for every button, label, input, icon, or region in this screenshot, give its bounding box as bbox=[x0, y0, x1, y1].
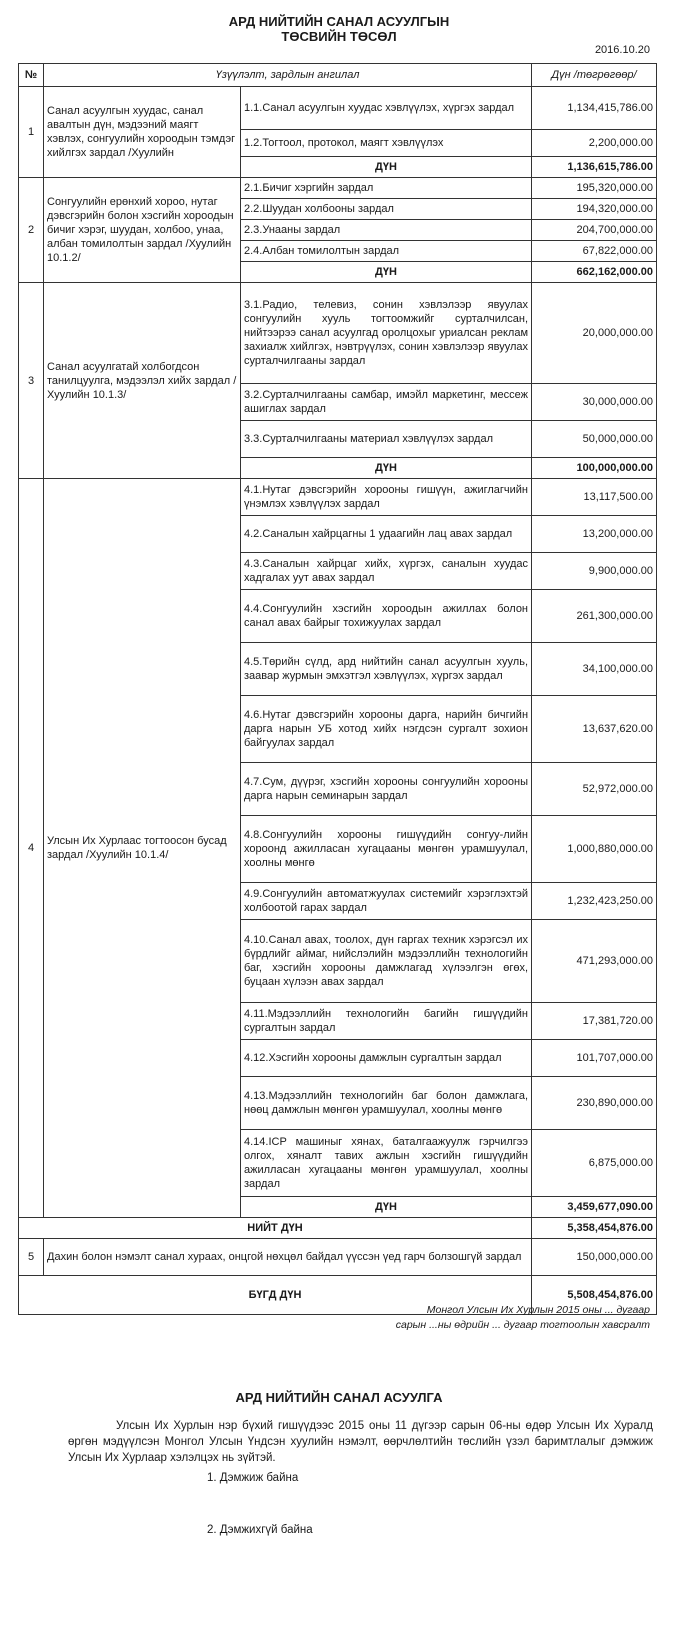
ballot-option-oppose: 2. Дэмжихгүй байна bbox=[207, 1524, 313, 1536]
line-item-amount: 17,381,720.00 bbox=[532, 1003, 657, 1040]
line-item-amount: 195,320,000.00 bbox=[532, 178, 657, 199]
line-item-label: 3.2.Сурталчилгааны самбар, имэйл маркети… bbox=[241, 384, 532, 421]
line-item-label: 4.6.Нутаг дэвсгэрийн хорооны дарга, нари… bbox=[241, 696, 532, 763]
table-row: 2Сонгуулийн ерөнхий хороо, нутаг дэвсгэр… bbox=[19, 178, 657, 199]
table-row: 3Санал асуулгатай холбогдсон танилцуулга… bbox=[19, 283, 657, 384]
section-description: Санал асуулгын хуудас, санал авалтын дүн… bbox=[44, 87, 241, 178]
line-item-label: 1.1.Санал асуулгын хуудас хэвлүүлэх, хүр… bbox=[241, 87, 532, 130]
line-item-amount: 50,000,000.00 bbox=[532, 421, 657, 458]
line-item-amount: 1,000,880,000.00 bbox=[532, 816, 657, 883]
document-title-line2: ТӨСВИЙН ТӨСӨЛ bbox=[0, 29, 678, 45]
subtotal-amount: 3,459,677,090.00 bbox=[532, 1197, 657, 1218]
line-item-label: 4.12.Хэсгийн хорооны дамжлын сургалтын з… bbox=[241, 1040, 532, 1077]
line-item-amount: 30,000,000.00 bbox=[532, 384, 657, 421]
header-item: Үзүүлэлт, зардлын ангилал bbox=[44, 64, 532, 87]
section-description: Улсын Их Хурлаас тогтоосон бусад зардал … bbox=[44, 479, 241, 1218]
table-row: 4Улсын Их Хурлаас тогтоосон бусад зардал… bbox=[19, 479, 657, 516]
extra-item-label: Дахин болон нэмэлт санал хураах, онцгой … bbox=[44, 1239, 532, 1276]
subtotal-amount: 662,162,000.00 bbox=[532, 262, 657, 283]
header-amount: Дүн /төгрөгөөр/ bbox=[532, 64, 657, 87]
ballot-question: Улсын Их Хурлын нэр бүхий гишүүдээс 2015… bbox=[68, 1418, 653, 1466]
line-item-amount: 13,637,620.00 bbox=[532, 696, 657, 763]
table-row: 5Дахин болон нэмэлт санал хураах, онцгой… bbox=[19, 1239, 657, 1276]
line-item-label: 2.2.Шуудан холбооны зардал bbox=[241, 199, 532, 220]
budget-table: № Үзүүлэлт, зардлын ангилал Дүн /төгрөгө… bbox=[18, 63, 657, 1315]
table-header-row: № Үзүүлэлт, зардлын ангилал Дүн /төгрөгө… bbox=[19, 64, 657, 87]
ballot-option-support: 1. Дэмжиж байна bbox=[207, 1472, 298, 1484]
table-body: 1Санал асуулгын хуудас, санал авалтын дү… bbox=[19, 87, 657, 1315]
line-item-amount: 34,100,000.00 bbox=[532, 643, 657, 696]
line-item-label: 4.8.Сонгуулийн хорооны гишүүдийн сонгуу-… bbox=[241, 816, 532, 883]
annex-note: Монгол Улсын Их Хурлын 2015 оны ... дуга… bbox=[396, 1303, 650, 1333]
line-item-label: 2.3.Унааны зардал bbox=[241, 220, 532, 241]
annex-note-line2: сарын ...ны өдрийн ... дугаар тогтоолын … bbox=[396, 1318, 650, 1333]
line-item-label: 4.3.Саналын хайрцаг хийх, хүргэх, саналы… bbox=[241, 553, 532, 590]
line-item-label: 4.14.ICP машиныг хянах, баталгаажуулж гэ… bbox=[241, 1130, 532, 1197]
ballot-title: АРД НИЙТИЙН САНАЛ АСУУЛГА bbox=[0, 1390, 678, 1405]
line-item-amount: 9,900,000.00 bbox=[532, 553, 657, 590]
line-item-label: 4.13.Мэдээллийн технологийн баг болон да… bbox=[241, 1077, 532, 1130]
line-item-label: 2.1.Бичиг хэргийн зардал bbox=[241, 178, 532, 199]
line-item-amount: 1,134,415,786.00 bbox=[532, 87, 657, 130]
line-item-amount: 230,890,000.00 bbox=[532, 1077, 657, 1130]
line-item-amount: 6,875,000.00 bbox=[532, 1130, 657, 1197]
header-no: № bbox=[19, 64, 44, 87]
line-item-amount: 1,232,423,250.00 bbox=[532, 883, 657, 920]
line-item-label: 4.4.Сонгуулийн хэсгийн хороодын ажиллах … bbox=[241, 590, 532, 643]
document-date: 2016.10.20 bbox=[595, 44, 650, 56]
line-item-label: 4.7.Сум, дүүрэг, хэсгийн хорооны сонгуул… bbox=[241, 763, 532, 816]
grand-subtotal-row: НИЙТ ДҮН5,358,454,876.00 bbox=[19, 1218, 657, 1239]
table-row: 1Санал асуулгын хуудас, санал авалтын дү… bbox=[19, 87, 657, 130]
line-item-label: 4.1.Нутаг дэвсгэрийн хорооны гишүүн, ажи… bbox=[241, 479, 532, 516]
line-item-label: 2.4.Албан томилолтын зардал bbox=[241, 241, 532, 262]
line-item-amount: 13,200,000.00 bbox=[532, 516, 657, 553]
line-item-label: 4.11.Мэдээллийн технологийн багийн гишүү… bbox=[241, 1003, 532, 1040]
subtotal-label: ДҮН bbox=[241, 157, 532, 178]
line-item-amount: 101,707,000.00 bbox=[532, 1040, 657, 1077]
line-item-amount: 52,972,000.00 bbox=[532, 763, 657, 816]
subtotal-label: ДҮН bbox=[241, 262, 532, 283]
grand-subtotal-label: НИЙТ ДҮН bbox=[19, 1218, 532, 1239]
section-number: 5 bbox=[19, 1239, 44, 1276]
line-item-amount: 194,320,000.00 bbox=[532, 199, 657, 220]
section-number: 3 bbox=[19, 283, 44, 479]
grand-subtotal-amount: 5,358,454,876.00 bbox=[532, 1218, 657, 1239]
line-item-amount: 20,000,000.00 bbox=[532, 283, 657, 384]
section-number: 1 bbox=[19, 87, 44, 178]
line-item-amount: 13,117,500.00 bbox=[532, 479, 657, 516]
subtotal-amount: 100,000,000.00 bbox=[532, 458, 657, 479]
line-item-amount: 471,293,000.00 bbox=[532, 920, 657, 1003]
line-item-amount: 261,300,000.00 bbox=[532, 590, 657, 643]
line-item-label: 3.1.Радио, телевиз, сонин хэвлэлээр явуу… bbox=[241, 283, 532, 384]
line-item-label: 1.2.Тогтоол, протокол, маягт хэвлүүлэх bbox=[241, 130, 532, 157]
subtotal-label: ДҮН bbox=[241, 458, 532, 479]
section-number: 4 bbox=[19, 479, 44, 1218]
line-item-label: 4.10.Санал авах, тоолох, дүн гаргах техн… bbox=[241, 920, 532, 1003]
annex-note-line1: Монгол Улсын Их Хурлын 2015 оны ... дуга… bbox=[396, 1303, 650, 1318]
line-item-amount: 2,200,000.00 bbox=[532, 130, 657, 157]
subtotal-label: ДҮН bbox=[241, 1197, 532, 1218]
document-title-line1: АРД НИЙТИЙН САНАЛ АСУУЛГЫН bbox=[0, 14, 678, 30]
line-item-amount: 204,700,000.00 bbox=[532, 220, 657, 241]
line-item-label: 4.9.Сонгуулийн автоматжуулах системийг х… bbox=[241, 883, 532, 920]
line-item-label: 4.2.Саналын хайрцагны 1 удаагийн лац ава… bbox=[241, 516, 532, 553]
section-description: Санал асуулгатай холбогдсон танилцуулга,… bbox=[44, 283, 241, 479]
line-item-label: 3.3.Сурталчилгааны материал хэвлүүлэх за… bbox=[241, 421, 532, 458]
line-item-amount: 67,822,000.00 bbox=[532, 241, 657, 262]
line-item-label: 4.5.Төрийн сүлд, ард нийтийн санал асуул… bbox=[241, 643, 532, 696]
section-description: Сонгуулийн ерөнхий хороо, нутаг дэвсгэри… bbox=[44, 178, 241, 283]
section-number: 2 bbox=[19, 178, 44, 283]
extra-item-amount: 150,000,000.00 bbox=[532, 1239, 657, 1276]
subtotal-amount: 1,136,615,786.00 bbox=[532, 157, 657, 178]
